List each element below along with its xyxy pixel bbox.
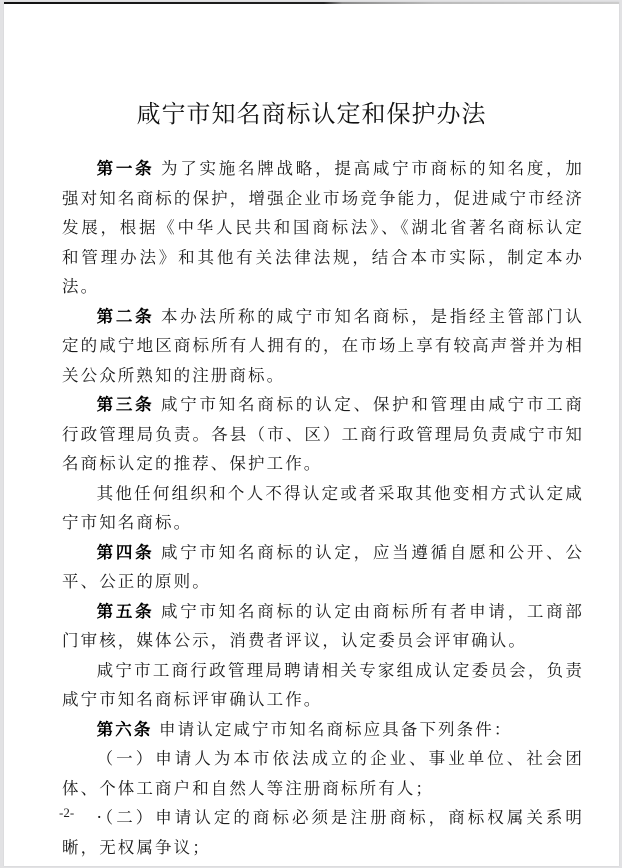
document-body: 第一条为了实施名牌战略，提高咸宁市商标的知名度，加强对知名商标的保护，增强企业市… — [62, 154, 584, 862]
article-6: 第六条申请认定咸宁市知名商标应具备下列条件： — [62, 715, 584, 745]
article-5: 第五条咸宁市知名商标的认定由商标所有者申请，工商部门审核，媒体公示，消费者评议，… — [62, 597, 584, 656]
article-text: 为了实施名牌战略，提高咸宁市商标的知名度，加强对知名商标的保护，增强企业市场竞争… — [62, 159, 584, 296]
article-1: 第一条为了实施名牌战略，提高咸宁市商标的知名度，加强对知名商标的保护，增强企业市… — [62, 154, 584, 302]
article-text: 申请认定咸宁市知名商标应具备下列条件： — [159, 720, 512, 739]
article-3-clause: 其他任何组织和个人不得认定或者采取其他变相方式认定咸宁市知名商标。 — [62, 479, 584, 538]
article-label: 第六条 — [97, 720, 153, 739]
paragraph-text: 咸宁市工商行政管理局聘请相关专家组成认定委员会，负责咸宁市知名商标评审确认工作。 — [62, 661, 584, 710]
article-6-item-1: （一）申请人为本市依法成立的企业、事业单位、社会团体、个体工商户和自然人等注册商… — [62, 744, 584, 803]
article-label: 第三条 — [97, 395, 155, 414]
article-3: 第三条咸宁市知名商标的认定、保护和管理由咸宁市工商行政管理局负责。各县（市、区）… — [62, 390, 584, 479]
list-item-text: （一）申请人为本市依法成立的企业、事业单位、社会团体、个体工商户和自然人等注册商… — [62, 749, 584, 798]
list-item-text: ·（二）申请认定的商标必须是注册商标，商标权属关系明晰，无权属争议； — [62, 808, 584, 857]
article-4: 第四条咸宁市知名商标的认定，应当遵循自愿和公开、公平、公正的原则。 — [62, 538, 584, 597]
page-number: -2- — [59, 805, 74, 821]
document-page: 咸宁市知名商标认定和保护办法 第一条为了实施名牌战略，提高咸宁市商标的知名度，加… — [4, 2, 619, 866]
article-6-item-2: ·（二）申请认定的商标必须是注册商标，商标权属关系明晰，无权属争议； — [62, 803, 584, 862]
paragraph-text: 其他任何组织和个人不得认定或者采取其他变相方式认定咸宁市知名商标。 — [62, 484, 584, 533]
article-label: 第五条 — [97, 602, 155, 621]
document-title: 咸宁市知名商标认定和保护办法 — [4, 94, 619, 129]
article-5-clause: 咸宁市工商行政管理局聘请相关专家组成认定委员会，负责咸宁市知名商标评审确认工作。 — [62, 656, 584, 715]
article-label: 第一条 — [97, 159, 155, 178]
article-2: 第二条本办法所称的咸宁市知名商标，是指经主管部门认定的咸宁地区商标所有人拥有的，… — [62, 302, 584, 391]
scan-edge-strip — [4, 2, 619, 4]
article-label: 第四条 — [97, 543, 155, 562]
article-label: 第二条 — [97, 307, 155, 326]
